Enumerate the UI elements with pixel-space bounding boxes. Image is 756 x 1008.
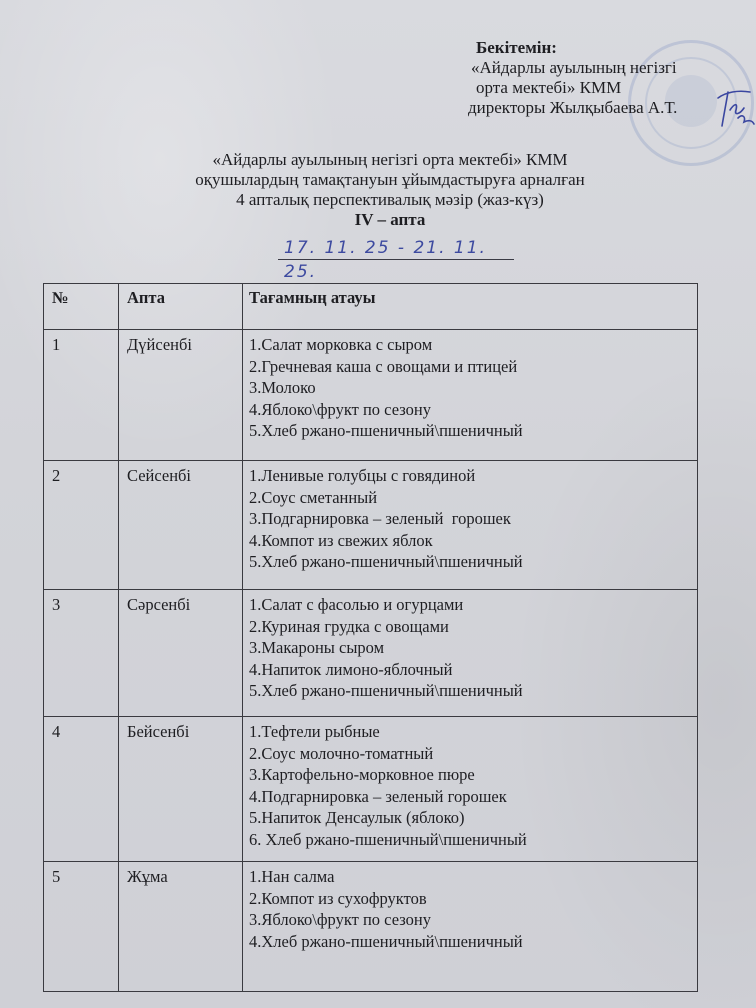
dish-item: 3.Картофельно-морковное пюре	[249, 764, 697, 786]
row-dishes: 1.Салат морковка с сыром2.Гречневая каша…	[243, 330, 698, 461]
approval-block: Бекітемін: «Айдарлы ауылының негізгі орт…	[468, 38, 677, 118]
dish-item: 1.Салат морковка с сыром	[249, 334, 697, 356]
row-dishes: 1.Салат с фасолью и огурцами2.Куриная гр…	[243, 590, 698, 717]
table-row: 1Дүйсенбі1.Салат морковка с сыром2.Гречн…	[44, 330, 698, 461]
table-row: 3Сәрсенбі1.Салат с фасолью и огурцами2.К…	[44, 590, 698, 717]
dish-item: 3.Макароны сыром	[249, 637, 697, 659]
dish-item: 5.Хлеб ржано-пшеничный\пшеничный	[249, 551, 697, 573]
approval-org-line: орта мектебі» КММ	[476, 78, 677, 98]
dish-item: 6. Хлеб ржано-пшеничный\пшеничный	[249, 829, 697, 851]
dish-item: 5.Хлеб ржано-пшеничный\пшеничный	[249, 680, 697, 702]
dish-item: 1.Ленивые голубцы с говядиной	[249, 465, 697, 487]
row-weekday: Жұма	[119, 862, 243, 992]
header-day: Апта	[119, 284, 243, 330]
row-dishes: 1.Тефтели рыбные2.Соус молочно-томатный3…	[243, 717, 698, 862]
dish-item: 3.Молоко	[249, 377, 697, 399]
row-weekday: Бейсенбі	[119, 717, 243, 862]
approval-director-line: директоры Жылқыбаева А.Т.	[468, 98, 677, 118]
dish-item: 2.Компот из сухофруктов	[249, 888, 697, 910]
table-row: 2Сейсенбі1.Ленивые голубцы с говядиной2.…	[44, 461, 698, 590]
row-weekday: Сәрсенбі	[119, 590, 243, 717]
table-row: 5Жұма1.Нан салма2.Компот из сухофруктов3…	[44, 862, 698, 992]
row-number: 5	[44, 862, 119, 992]
heading-week: IV – апта	[150, 210, 630, 230]
row-number: 3	[44, 590, 119, 717]
dish-item: 4.Напиток лимоно-яблочный	[249, 659, 697, 681]
heading-menu-title: 4 апталық перспективалық мәзір (жаз-күз)	[150, 190, 630, 210]
dish-item: 3.Подгарнировка – зеленый горошек	[249, 508, 697, 530]
dish-item: 4.Компот из свежих яблок	[249, 530, 697, 552]
header-number: №	[44, 284, 119, 330]
table-header-row: № Апта Тағамның атауы	[44, 284, 698, 330]
dish-item: 1.Тефтели рыбные	[249, 721, 697, 743]
row-dishes: 1.Ленивые голубцы с говядиной2.Соус смет…	[243, 461, 698, 590]
row-weekday: Сейсенбі	[119, 461, 243, 590]
row-weekday: Дүйсенбі	[119, 330, 243, 461]
dish-item: 4.Яблоко\фрукт по сезону	[249, 399, 697, 421]
dish-item: 1.Нан салма	[249, 866, 697, 888]
document-heading: «Айдарлы ауылының негізгі орта мектебі» …	[150, 150, 630, 230]
dish-item: 4.Подгарнировка – зеленый горошек	[249, 786, 697, 808]
dish-item: 2.Гречневая каша с овощами и птицей	[249, 356, 697, 378]
handwritten-date-range: 17. 11. 25 - 21. 11. 25.	[278, 236, 514, 260]
header-dish-name: Тағамның атауы	[243, 284, 698, 330]
heading-school: «Айдарлы ауылының негізгі орта мектебі» …	[150, 150, 630, 170]
approval-school-line: «Айдарлы ауылының негізгі	[471, 58, 677, 78]
dish-item: 2.Соус молочно-томатный	[249, 743, 697, 765]
dish-item: 4.Хлеб ржано-пшеничный\пшеничный	[249, 931, 697, 953]
row-dishes: 1.Нан салма2.Компот из сухофруктов3.Ябло…	[243, 862, 698, 992]
row-number: 2	[44, 461, 119, 590]
row-number: 4	[44, 717, 119, 862]
signature-icon	[712, 84, 756, 132]
approval-title: Бекітемін:	[476, 38, 677, 58]
dish-item: 2.Куриная грудка с овощами	[249, 616, 697, 638]
dish-item: 1.Салат с фасолью и огурцами	[249, 594, 697, 616]
menu-table: № Апта Тағамның атауы 1Дүйсенбі1.Салат м…	[43, 283, 698, 992]
row-number: 1	[44, 330, 119, 461]
dish-item: 5.Напиток Денсаулык (яблоко)	[249, 807, 697, 829]
dish-item: 2.Соус сметанный	[249, 487, 697, 509]
heading-purpose: оқушылардың тамақтануын ұйымдастыруға ар…	[150, 170, 630, 190]
dish-item: 3.Яблоко\фрукт по сезону	[249, 909, 697, 931]
table-row: 4Бейсенбі1.Тефтели рыбные2.Соус молочно-…	[44, 717, 698, 862]
dish-item: 5.Хлеб ржано-пшеничный\пшеничный	[249, 420, 697, 442]
